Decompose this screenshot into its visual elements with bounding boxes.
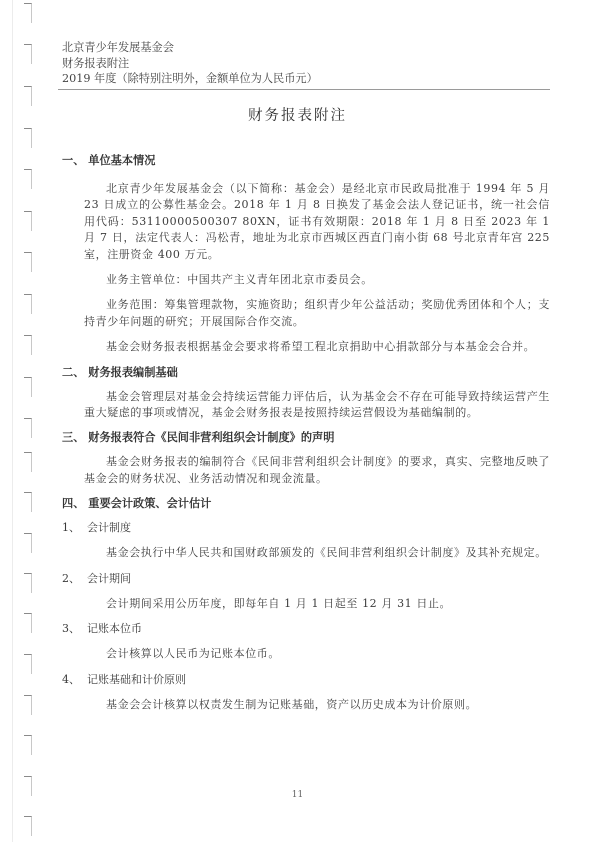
header-year-note: 2019 年度（除特别注明外，金额单位为人民币元） [62,71,550,87]
subsection-heading: 3、记账本位币 [62,621,550,637]
section-preparation-basis: 二、 财务报表编制基础 基金会管理层对基金会持续运营能力评估后，认为基金会不存在… [62,364,550,422]
binding-mark [24,573,32,593]
subsection-heading: 2、会计期间 [62,571,550,587]
binding-mark [24,613,32,633]
section-heading: 三、 财务报表符合《民间非营利组织会计制度》的声明 [62,429,550,445]
paragraph: 会计期间采用公历年度，即每年自 1 月 1 日起至 12 月 31 日止。 [62,596,550,612]
section-heading: 一、 单位基本情况 [62,152,550,168]
paragraph: 基金会执行中华人民共和国财政部颁发的《民间非营利组织会计制度》及其补充规定。 [62,545,550,561]
binding-mark [24,377,32,397]
paragraph: 业务范围：筹集管理款物，实施资助；组织青少年公益活动；奖励优秀团体和个人；支持青… [62,297,550,330]
binding-mark [24,294,32,314]
binding-mark [24,3,32,23]
binding-mark [24,335,32,355]
binding-mark [24,128,32,148]
section-compliance-statement: 三、 财务报表符合《民间非营利组织会计制度》的声明 基金会财务报表的编制符合《民… [62,429,550,487]
binding-mark [24,44,32,64]
binding-mark [24,654,32,674]
paragraph: 基金会财务报表的编制符合《民间非营利组织会计制度》的要求，真实、完整地反映了基金… [62,454,550,487]
page-number: 11 [0,790,595,800]
paragraph: 北京青少年发展基金会（以下简称：基金会）是经北京市民政局批准于 1994 年 5… [62,181,550,263]
page-header: 北京青少年发展基金会 财务报表附注 2019 年度（除特别注明外，金额单位为人民… [62,40,550,87]
section-heading: 四、 重要会计政策、会计估计 [62,495,550,511]
binding-mark [24,252,32,272]
binding-margin-line [12,0,13,842]
page-title: 财务报表附注 [0,104,595,125]
section-heading: 二、 财务报表编制基础 [62,364,550,380]
binding-mark [24,735,32,755]
binding-mark [24,492,32,512]
binding-mark [24,452,32,472]
paragraph: 基金会管理层对基金会持续运营能力评估后，认为基金会不存在可能导致持续运营产生重大… [62,389,550,422]
header-rule [58,89,550,90]
binding-mark [24,211,32,231]
paragraph: 业务主管单位：中国共产主义青年团北京市委员会。 [62,272,550,288]
binding-mark [24,533,32,553]
header-org-name: 北京青少年发展基金会 [62,40,550,56]
section-basic-info: 一、 单位基本情况 北京青少年发展基金会（以下简称：基金会）是经北京市民政局批准… [62,152,550,356]
subsection-heading: 4、记账基础和计价原则 [62,672,550,688]
binding-mark [24,86,32,106]
binding-mark [24,418,32,438]
section-accounting-policies: 四、 重要会计政策、会计估计 1、会计制度 基金会执行中华人民共和国财政部颁发的… [62,495,550,713]
paragraph: 基金会财务报表根据基金会要求将希望工程北京捐助中心捐款部分与本基金会合并。 [62,339,550,355]
binding-mark [24,169,32,189]
binding-mark [24,695,32,715]
paragraph: 会计核算以人民币为记账本位币。 [62,646,550,662]
header-doc-name: 财务报表附注 [62,56,550,72]
binding-mark [24,816,32,836]
paragraph: 基金会会计核算以权责发生制为记账基础，资产以历史成本为计价原则。 [62,697,550,713]
document-body: 一、 单位基本情况 北京青少年发展基金会（以下简称：基金会）是经北京市民政局批准… [62,152,550,713]
subsection-heading: 1、会计制度 [62,520,550,536]
